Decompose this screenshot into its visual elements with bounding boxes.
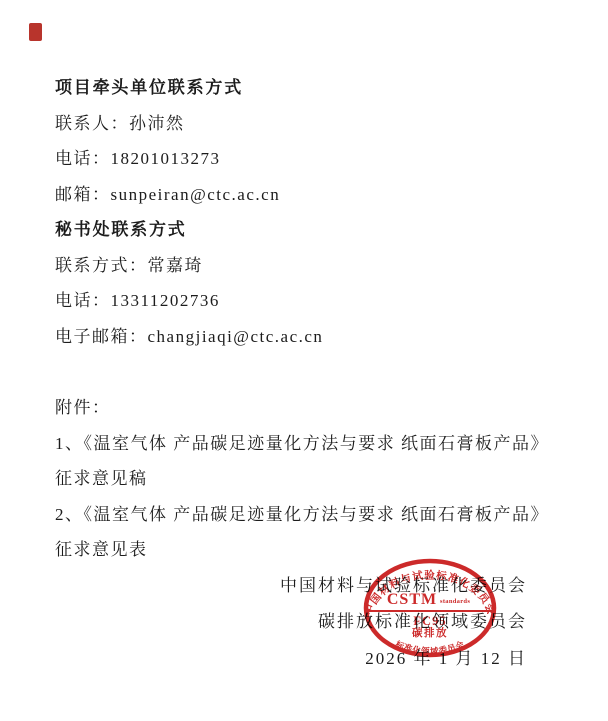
lead-contact-phone: 电话：18201013273: [55, 141, 565, 177]
stamp-mid-text: 碳排放: [412, 626, 448, 639]
secretariat-heading: 秘书处联系方式: [55, 212, 565, 248]
lead-contact-person: 联系人：孙沛然: [55, 106, 565, 142]
red-mark: [29, 23, 42, 41]
attachments-label: 附件：: [55, 390, 565, 426]
stamp-standards-text: standards: [440, 598, 470, 605]
blank-line: [55, 354, 565, 390]
stamp-cstm-text: CSTM: [387, 591, 437, 608]
document-page: 项目牵头单位联系方式 联系人：孙沛然 电话：18201013273 邮箱：sun…: [0, 0, 608, 721]
secretariat-email: 电子邮箱：changjiaqi@ctc.ac.cn: [55, 319, 565, 355]
stamp-code-text: FC95: [413, 614, 446, 628]
lead-contact-email: 邮箱：sunpeiran@ctc.ac.cn: [55, 177, 565, 213]
official-stamp: 中国材料与试验标准化委员会 CSTM standards FC95 碳排放 标准…: [355, 550, 505, 670]
secretariat-contact-person: 联系方式：常嘉琦: [55, 248, 565, 284]
lead-contact-heading: 项目牵头单位联系方式: [55, 70, 565, 106]
attachment-item-1: 1、《温室气体 产品碳足迹量化方法与要求 纸面石膏板产品》征求意见稿: [55, 426, 565, 497]
secretariat-phone: 电话：13311202736: [55, 283, 565, 319]
